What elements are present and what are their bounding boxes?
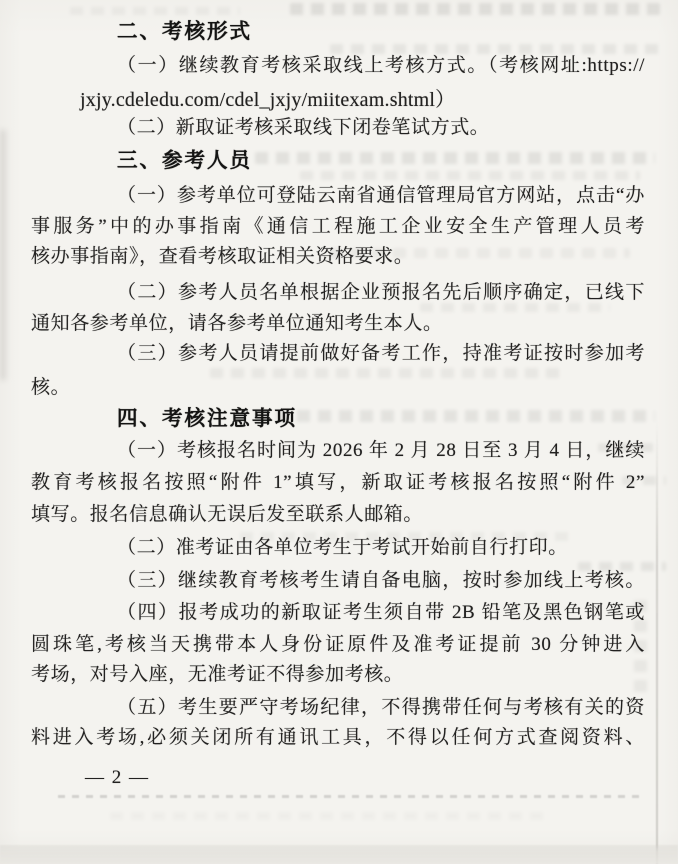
doc-line: （一）继续教育考核采取线上考核方式。（考核网址:https:// bbox=[31, 54, 645, 78]
bleed-through-artifact bbox=[300, 171, 640, 180]
doc-line: 料进入考场,必须关闭所有通讯工具，不得以任何方式查阅资料、 bbox=[31, 726, 645, 750]
page-edge bbox=[656, 420, 658, 864]
doc-line: 事服务”中的办事指南《通信工程施工企业安全生产管理人员考 bbox=[31, 215, 645, 239]
doc-line: （五）考生要严守考场纪律，不得携带任何与考核有关的资 bbox=[31, 696, 645, 720]
page-bottom-edge bbox=[0, 845, 678, 864]
doc-line: （三）参考人员请提前做好备考工作，持准考证按时参加考 bbox=[31, 342, 645, 366]
exam-url-text: jxjy.cdeledu.com/cdel_jxjy/miitexam.shtm… bbox=[80, 88, 678, 112]
bleed-through-artifact bbox=[70, 7, 240, 15]
page-number: — 2 — bbox=[85, 766, 150, 790]
scanned-document-page: 二、考核形式 （一）继续教育考核采取线上考核方式。（考核网址:https:// … bbox=[0, 0, 678, 864]
doc-line: 填写。报名信息确认无误后发至联系人邮箱。 bbox=[31, 503, 645, 527]
bleed-through-artifact bbox=[58, 795, 646, 798]
scan-smudge bbox=[0, 130, 6, 380]
section-heading-exam-notes: 四、考核注意事项 bbox=[117, 407, 297, 431]
section-heading-exam-format: 二、考核形式 bbox=[117, 20, 252, 44]
doc-line: （一）考核报名时间为 2026 年 2 月 28 日至 3 月 4 日，继续 bbox=[31, 439, 645, 463]
doc-line: （三）继续教育考核考生请自备电脑，按时参加线上考核。 bbox=[31, 569, 645, 593]
doc-line: 圆珠笔,考核当天携带本人身份证原件及准考证提前 30 分钟进入 bbox=[31, 633, 645, 657]
doc-line: （二）参考人员名单根据企业预报名先后顺序确定，已线下 bbox=[31, 281, 645, 305]
doc-line: 教育考核报名按照“附件 1”填写，新取证考核报名按照“附件 2” bbox=[31, 471, 645, 495]
doc-line: （一）参考单位可登陆云南省通信管理局官方网站，点击“办 bbox=[31, 184, 645, 208]
doc-line: （二）新取证考核采取线下闭卷笔试方式。 bbox=[31, 116, 645, 140]
bleed-through-artifact bbox=[330, 44, 660, 54]
doc-line: 核办事指南》，查看考核取证相关资格要求。 bbox=[31, 245, 645, 269]
doc-line: 考场，对号入座，无准考证不得参加考核。 bbox=[31, 663, 645, 687]
bleed-through-artifact bbox=[255, 410, 655, 422]
bleed-through-artifact bbox=[110, 812, 550, 820]
bleed-through-artifact bbox=[255, 152, 655, 164]
doc-line: （四）报考成功的新取证考生须自带 2B 铅笔及黑色钢笔或 bbox=[31, 601, 645, 625]
doc-line: 通知各参考单位，请各参考单位通知考生本人。 bbox=[31, 312, 645, 336]
section-heading-participants: 三、参考人员 bbox=[117, 149, 252, 173]
doc-line: （二）准考证由各单位考生于考试开始前自行打印。 bbox=[31, 536, 645, 560]
doc-line: 核。 bbox=[31, 376, 645, 400]
bleed-through-artifact bbox=[290, 3, 660, 15]
